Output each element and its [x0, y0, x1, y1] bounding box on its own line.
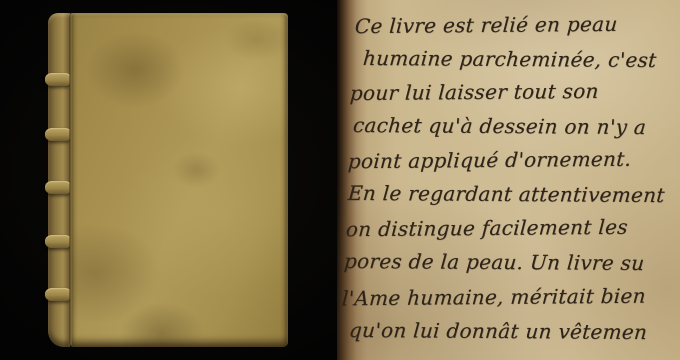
book-spine: [48, 13, 70, 347]
manuscript-line: on distingue facilement les: [345, 214, 629, 242]
manuscript-line: pores de la peau. Un livre su: [343, 248, 645, 276]
spine-raised-band: [45, 235, 72, 248]
manuscript-line: l'Ame humaine, méritait bien: [341, 283, 647, 312]
book: [48, 13, 288, 347]
manuscript-photo: Ce livre est relié en peau humaine parch…: [337, 0, 680, 360]
spine-raised-band: [45, 288, 72, 301]
manuscript-line: point appliqué d'ornement.: [347, 146, 632, 174]
spine-raised-band: [45, 128, 72, 141]
two-photo-collage: Ce livre est relié en peau humaine parch…: [0, 0, 680, 360]
manuscript-line: humaine parcheminée, c'est: [362, 45, 657, 73]
manuscript-line: pour lui laisser tout son: [349, 78, 599, 106]
manuscript-line: Ce livre est relié en peau: [354, 11, 618, 39]
spine-raised-band: [45, 73, 72, 86]
book-photo: [0, 0, 337, 360]
manuscript-line: cachet qu'à dessein on n'y a: [352, 112, 647, 140]
manuscript-line: En le regardant attentivement: [347, 180, 666, 208]
spine-hinge-groove: [69, 15, 72, 345]
manuscript-line: qu'on lui donnât un vêtemen: [348, 317, 648, 345]
spine-raised-band: [45, 181, 72, 194]
book-front-cover: [70, 13, 288, 347]
